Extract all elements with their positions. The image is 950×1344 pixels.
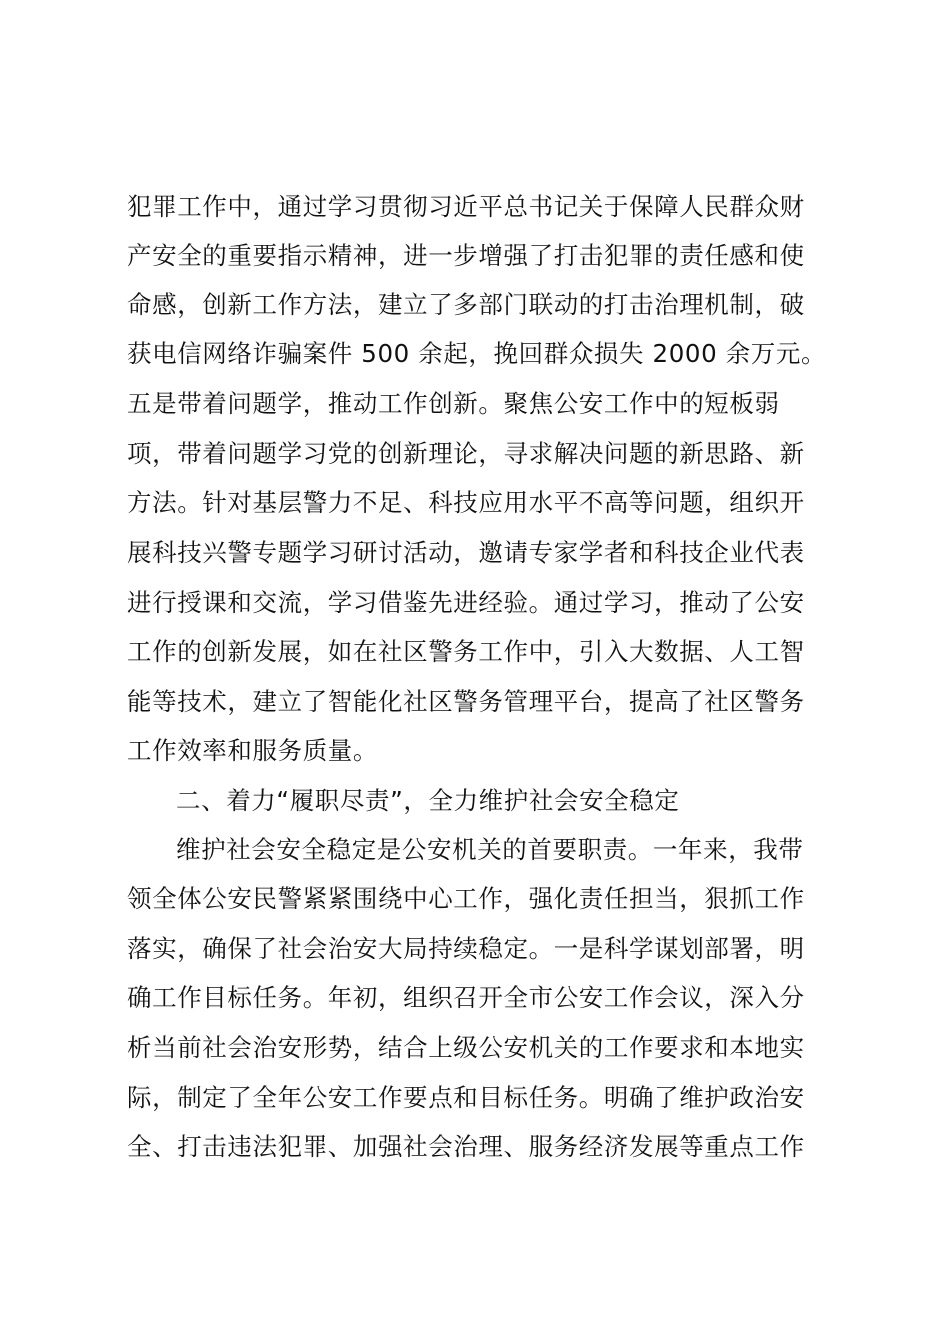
text-line: 犯罪工作中，通过学习贯彻习近平总书记关于保障人民群众财 — [127, 192, 837, 222]
text-line: 进行授课和交流，学习借鉴先进经验。通过学习，推动了公安 — [127, 588, 837, 618]
paragraph-first-line: 维护社会安全稳定是公安机关的首要职责。一年来，我带 — [176, 835, 886, 865]
text-line: 能等技术，建立了智能化社区警务管理平台，提高了社区警务 — [127, 687, 837, 717]
text-line: 产安全的重要指示精神，进一步增强了打击犯罪的责任感和使 — [127, 241, 837, 271]
text-line: 命感，创新工作方法，建立了多部门联动的打击治理机制，破 — [127, 290, 837, 320]
section-heading: 二、着力“履职尽责”，全力维护社会安全稳定 — [176, 786, 886, 816]
text-line: 际，制定了全年公安工作要点和目标任务。明确了维护政治安 — [127, 1083, 837, 1113]
text-line: 确工作目标任务。年初，组织召开全市公安工作会议，深入分 — [127, 983, 837, 1013]
text-line: 获电信网络诈骗案件 500 余起，挽回群众损失 2000 余万元。 — [127, 339, 837, 369]
text-line: 工作效率和服务质量。 — [127, 736, 837, 766]
document-page: 犯罪工作中，通过学习贯彻习近平总书记关于保障人民群众财 产安全的重要指示精神，进… — [0, 0, 950, 1344]
text-line: 五是带着问题学，推动工作创新。聚焦公安工作中的短板弱 — [127, 389, 837, 419]
text-line: 落实，确保了社会治安大局持续稳定。一是科学谋划部署，明 — [127, 934, 837, 964]
text-line: 全、打击违法犯罪、加强社会治理、服务经济发展等重点工作 — [127, 1132, 837, 1162]
text-line: 方法。针对基层警力不足、科技应用水平不高等问题，组织开 — [127, 488, 837, 518]
text-line: 析当前社会治安形势，结合上级公安机关的工作要求和本地实 — [127, 1033, 837, 1063]
text-line: 项，带着问题学习党的创新理论，寻求解决问题的新思路、新 — [127, 439, 837, 469]
text-line: 领全体公安民警紧紧围绕中心工作，强化责任担当，狠抓工作 — [127, 884, 837, 914]
text-line: 工作的创新发展，如在社区警务工作中，引入大数据、人工智 — [127, 637, 837, 667]
text-line: 展科技兴警专题学习研讨活动，邀请专家学者和科技企业代表 — [127, 538, 837, 568]
